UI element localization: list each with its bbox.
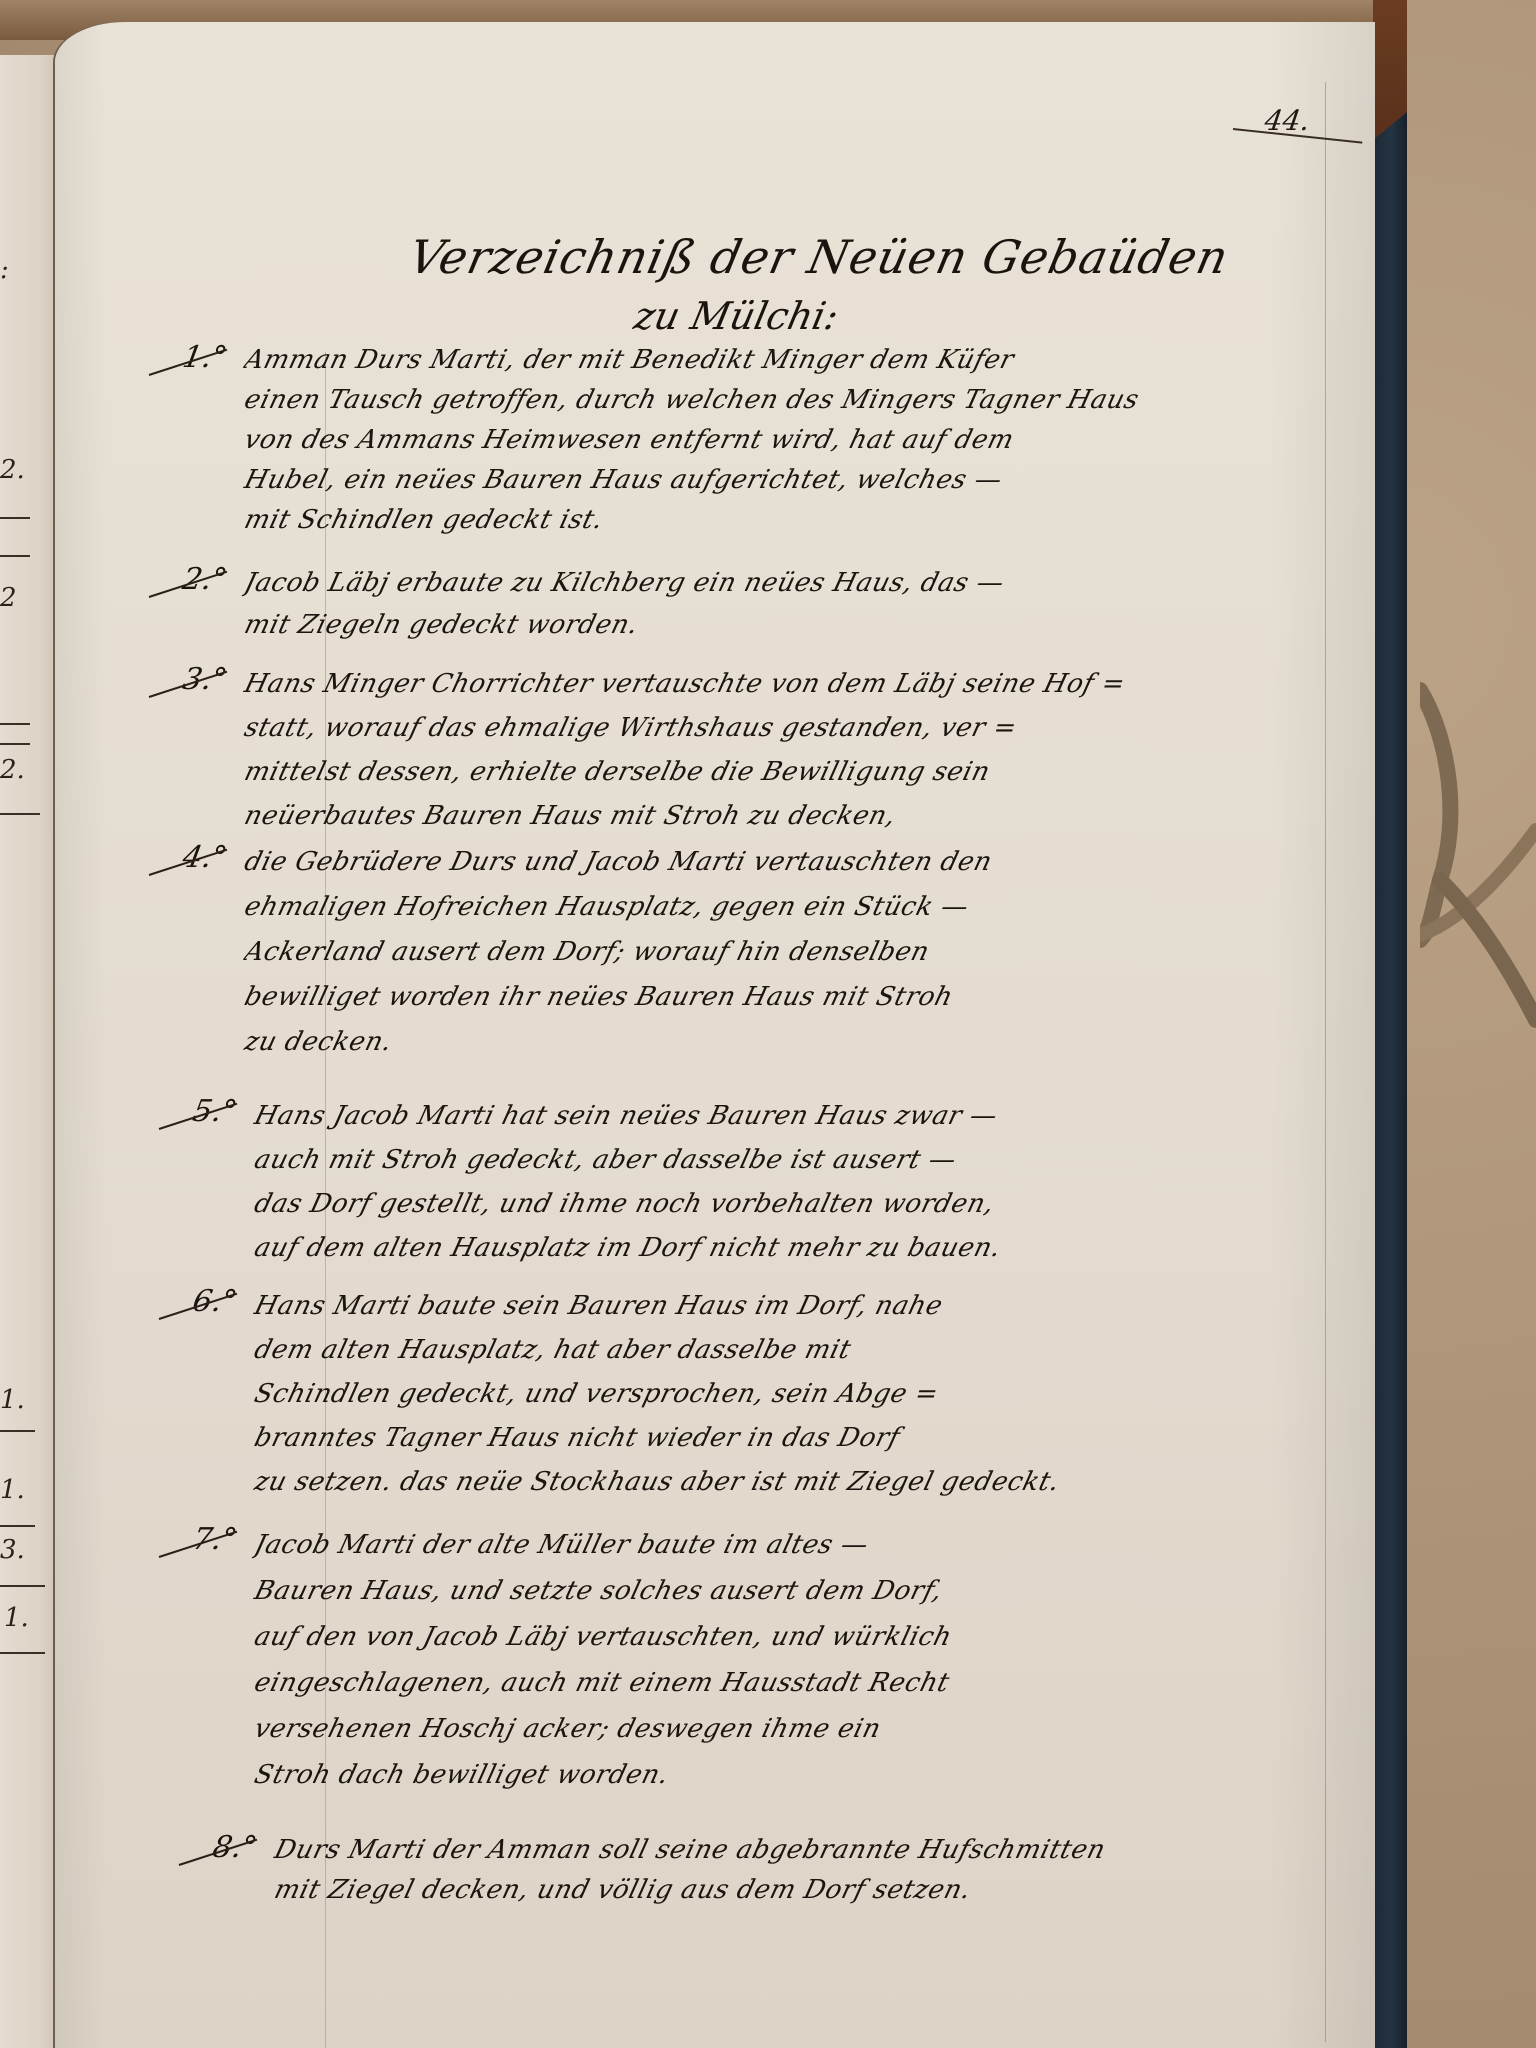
left-page-rule: [0, 555, 30, 557]
entry-line: zu setzen. das neüe Stockhaus aber ist m…: [250, 1460, 1301, 1504]
entry-line: Jacob Läbj erbaute zu Kilchberg ein neüe…: [240, 562, 1290, 604]
entry-line: die Gebrüdere Durs und Jacob Marti verta…: [239, 840, 1290, 885]
left-page-mark: 2.: [0, 455, 25, 485]
entry-line: auf den von Jacob Läbj vertauschten, und…: [249, 1614, 1300, 1660]
book-cover-spine-edge: [1375, 0, 1407, 2048]
entry-line: Hans Marti baute sein Bauren Haus im Dor…: [250, 1284, 1301, 1328]
entry-line: das Dorf gestellt, und ihme noch vorbeha…: [250, 1182, 1301, 1226]
document-page: 44. Verzeichniß der Neüen Gebaüden zu Mü…: [55, 22, 1375, 2048]
entry-line: Bauren Haus, und setzte solches ausert d…: [249, 1568, 1300, 1614]
left-page-rule: [0, 517, 30, 519]
left-page-rule: [0, 813, 40, 815]
left-page-rule: [0, 743, 30, 745]
left-page-rule: [0, 723, 30, 725]
entry-line: branntes Tagner Haus nicht wieder in das…: [250, 1416, 1301, 1460]
left-page-mark: 2.: [0, 755, 25, 785]
entry-line: mit Ziegeln gedeckt worden.: [240, 604, 1290, 646]
left-facing-page: : 2. 2 2. 1. 1. 3. 1.: [0, 55, 60, 2048]
entry-text: Hans Marti baute sein Bauren Haus im Dor…: [255, 1284, 1295, 1504]
entry-line: Hans Minger Chorrichter vertauschte von …: [240, 662, 1291, 706]
entry-line: einen Tausch getroffen, durch welchen de…: [240, 380, 1290, 420]
entry-text: Amman Durs Marti, der mit Benedikt Minge…: [245, 340, 1285, 540]
left-page-rule: [0, 1585, 45, 1587]
left-page-rule: [0, 1430, 35, 1432]
entry-line: Durs Marti der Amman soll seine abgebran…: [270, 1830, 1320, 1870]
entry-text: Jacob Läbj erbaute zu Kilchberg ein neüe…: [245, 562, 1285, 646]
left-page-rule: [0, 1652, 45, 1654]
left-page-rule: [0, 1525, 35, 1527]
entry-line: dem alten Hausplatz, hat aber dasselbe m…: [250, 1328, 1301, 1372]
entry-line: bewilliget worden ihr neües Bauren Haus …: [239, 975, 1290, 1020]
entry-line: Hubel, ein neües Bauren Haus aufgerichte…: [240, 460, 1290, 500]
left-page-mark: 2: [0, 583, 17, 613]
entry-line: zu decken.: [239, 1020, 1290, 1065]
entry-text: Hans Jacob Marti hat sein neües Bauren H…: [255, 1094, 1295, 1270]
left-page-mark: :: [0, 255, 9, 285]
page-title: Verzeichniß der Neüen Gebaüden: [404, 230, 1234, 284]
left-page-mark: 1.: [0, 1475, 25, 1505]
entry-line: auf dem alten Hausplatz im Dorf nicht me…: [250, 1226, 1301, 1270]
ribbon-tie-icon: [1420, 680, 1536, 1040]
entry-line: eingeschlagenen, auch mit einem Hausstad…: [249, 1660, 1300, 1706]
left-page-mark: 1.: [4, 1603, 29, 1633]
entry-line: Schindlen gedeckt, und versprochen, sein…: [250, 1372, 1301, 1416]
left-page-mark: 3.: [0, 1535, 25, 1565]
page-subtitle: zu Mülchi:: [630, 294, 842, 338]
entry-line: Stroh dach bewilliget worden.: [249, 1752, 1300, 1798]
right-margin-rule: [1325, 82, 1326, 2042]
entry-line: ehmaligen Hofreichen Hausplatz, gegen ei…: [239, 885, 1290, 930]
entry-line: mit Ziegel decken, und völlig aus dem Do…: [270, 1870, 1320, 1910]
entry-line: Ackerland ausert dem Dorf; worauf hin de…: [239, 930, 1290, 975]
entry-text: Durs Marti der Amman soll seine abgebran…: [275, 1830, 1315, 1910]
entry-line: mittelst dessen, erhielte derselbe die B…: [240, 750, 1291, 794]
entry-text: Hans Minger Chorrichter vertauschte von …: [245, 662, 1285, 838]
entry-line: mit Schindlen gedeckt ist.: [240, 500, 1290, 540]
entry-line: auch mit Stroh gedeckt, aber dasselbe is…: [250, 1138, 1301, 1182]
entry-line: statt, worauf das ehmalige Wirthshaus ge…: [240, 706, 1291, 750]
entry-line: Jacob Marti der alte Müller baute im alt…: [249, 1522, 1300, 1568]
entry-text: Jacob Marti der alte Müller baute im alt…: [255, 1522, 1295, 1798]
entry-line: Hans Jacob Marti hat sein neües Bauren H…: [250, 1094, 1301, 1138]
entry-line: neüerbautes Bauren Haus mit Stroh zu dec…: [240, 794, 1291, 838]
entry-line: versehenen Hoschj acker; deswegen ihme e…: [249, 1706, 1300, 1752]
left-page-mark: 1.: [0, 1385, 25, 1415]
entry-line: Amman Durs Marti, der mit Benedikt Minge…: [240, 340, 1290, 380]
entry-line: von des Ammans Heimwesen entfernt wird, …: [240, 420, 1290, 460]
entry-text: die Gebrüdere Durs und Jacob Marti verta…: [245, 840, 1285, 1065]
